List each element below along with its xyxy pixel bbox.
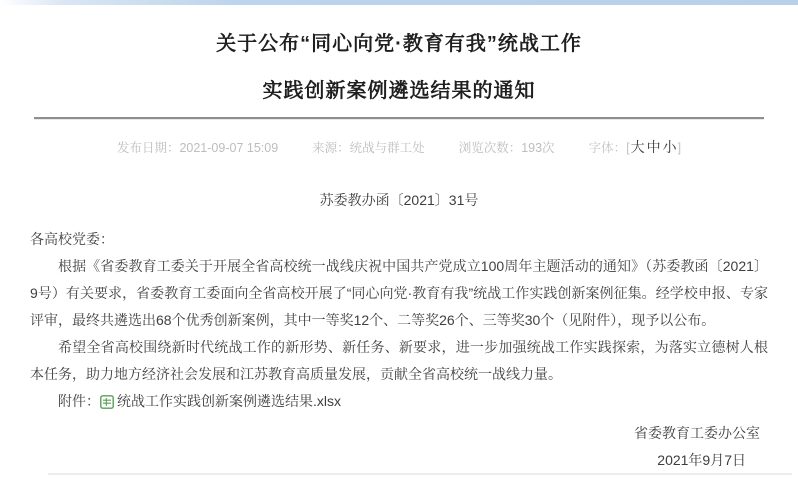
attachment-link[interactable]: 统战工作实践创新案例遴选结果.xlsx <box>100 388 341 415</box>
page-title: 关于公布“同心向党·教育有我”统战工作 实践创新案例遴选结果的通知 <box>0 5 798 115</box>
publish-date-value: 2021-09-07 15:09 <box>179 141 278 155</box>
view-count: 浏览次数：193次 <box>459 138 555 156</box>
font-size-medium-button[interactable]: 中 <box>646 137 662 157</box>
salutation: 各高校党委： <box>30 226 768 253</box>
source-label: 来源： <box>312 141 350 155</box>
publish-date-label: 发布日期： <box>117 141 180 155</box>
paragraph-2: 希望全省高校围绕新时代统战工作的新形势、新任务、新要求，进一步加强统战工作实践探… <box>30 334 768 388</box>
source: 来源：统战与群工处 <box>312 138 425 156</box>
paragraph-1: 根据《省委教育工委关于开展全省高校统一战线庆祝中国共产党成立100周年主题活动的… <box>30 253 768 334</box>
signature-block: 省委教育工委办公室 2021年9月7日 <box>30 420 768 474</box>
font-size-bracket-close: ] <box>678 141 681 155</box>
view-count-label: 浏览次数： <box>459 141 522 155</box>
font-size-small-button[interactable]: 小 <box>662 137 678 157</box>
attachment-row: 附件： 统战工作实践创新案例遴选结果.xlsx <box>30 388 768 415</box>
article-meta-bar: 发布日期：2021-09-07 15:09 来源：统战与群工处 浏览次数：193… <box>0 137 798 157</box>
signature-office: 省委教育工委办公室 <box>30 420 768 447</box>
document-number: 苏委教办函〔2021〕31号 <box>30 190 768 210</box>
page-title-line1: 关于公布“同心向党·教育有我”统战工作 <box>0 21 798 68</box>
font-size-label: 字体： <box>589 141 627 155</box>
bottom-divider <box>48 473 792 475</box>
notice-body: 苏委教办函〔2021〕31号 各高校党委： 根据《省委教育工委关于开展全省高校统… <box>0 190 798 474</box>
source-value: 统战与群工处 <box>350 141 425 155</box>
font-size-switcher: 字体：[大中小] <box>589 137 681 157</box>
publish-date: 发布日期：2021-09-07 15:09 <box>117 138 278 156</box>
notice-page: 关于公布“同心向党·教育有我”统战工作 实践创新案例遴选结果的通知 发布日期：2… <box>0 0 798 478</box>
excel-file-icon <box>100 395 114 409</box>
page-title-line2: 实践创新案例遴选结果的通知 <box>0 68 798 115</box>
signature-date: 2021年9月7日 <box>30 447 768 474</box>
view-count-value: 193次 <box>521 141 554 155</box>
title-divider <box>34 117 764 120</box>
font-size-large-button[interactable]: 大 <box>630 137 646 157</box>
attachment-filename: 统战工作实践创新案例遴选结果.xlsx <box>117 388 341 415</box>
attachment-label: 附件： <box>58 388 100 415</box>
